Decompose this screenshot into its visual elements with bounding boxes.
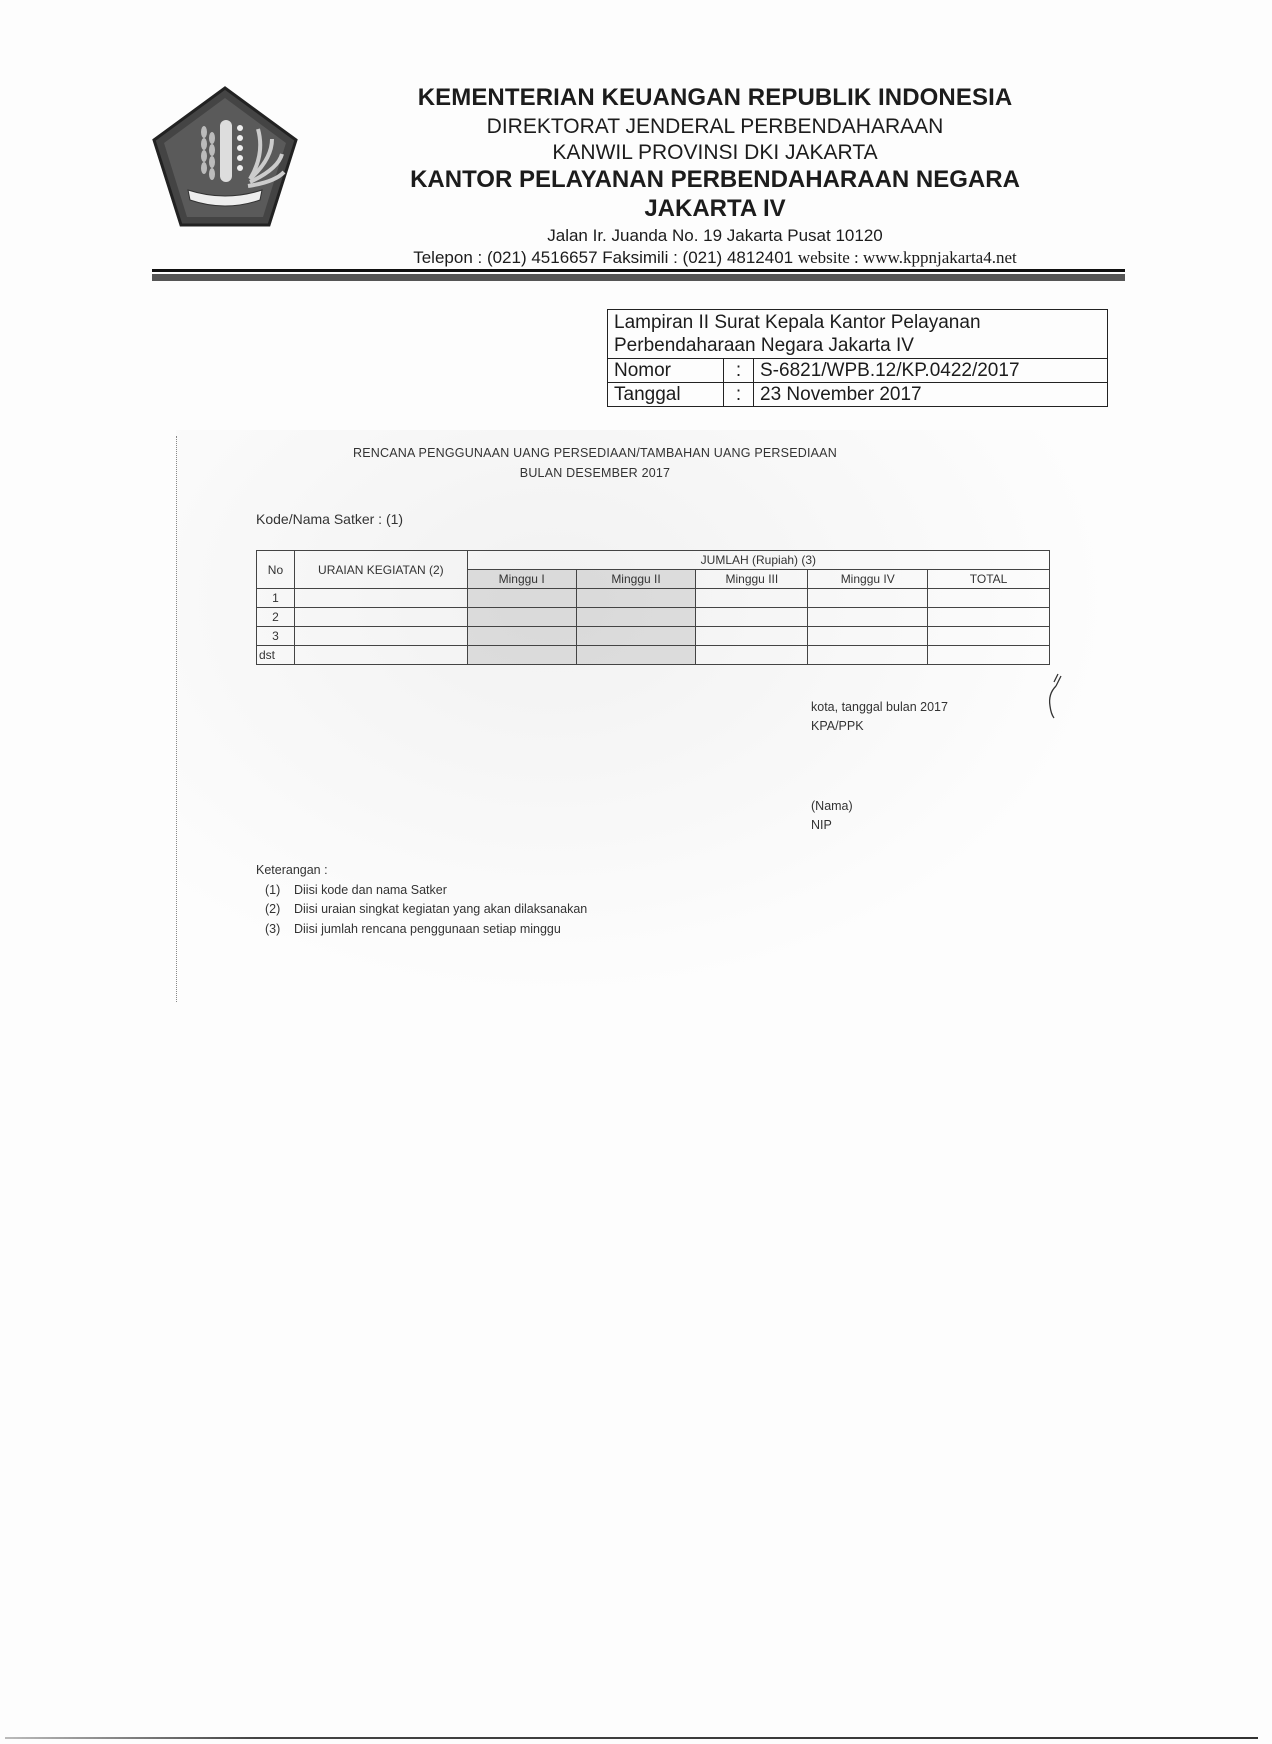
note-text: Diisi kode dan nama Satker bbox=[294, 883, 447, 897]
ministry-name: KEMENTERIAN KEUANGAN REPUBLIK INDONESIA bbox=[330, 86, 1100, 116]
lampiran-row-tanggal: Tanggal : 23 November 2017 bbox=[608, 383, 1108, 407]
signature-place-date: kota, tanggal bulan 2017 bbox=[811, 698, 948, 717]
page-bottom-edge bbox=[5, 1737, 1258, 1739]
note-text: Diisi jumlah rencana penggunaan setiap m… bbox=[294, 922, 561, 936]
office-address: Jalan Ir. Juanda No. 19 Jakarta Pusat 10… bbox=[330, 227, 1100, 249]
header-total: TOTAL bbox=[928, 570, 1050, 589]
cell-week-2 bbox=[576, 589, 696, 608]
letterhead-rule-thick bbox=[152, 274, 1125, 281]
phone-fax: Telepon : (021) 4516657 Faksimili : (021… bbox=[413, 248, 793, 267]
lampiran-value: S-6821/WPB.12/KP.0422/2017 bbox=[754, 359, 1108, 383]
header-week-2: Minggu II bbox=[576, 570, 696, 589]
cell-uraian bbox=[294, 589, 467, 608]
satker-label: Kode/Nama Satker : (1) bbox=[256, 511, 403, 527]
form-title-line2: BULAN DESEMBER 2017 bbox=[230, 466, 960, 486]
lampiran-row-nomor: Nomor : S-6821/WPB.12/KP.0422/2017 bbox=[608, 359, 1108, 383]
lampiran-label: Nomor bbox=[608, 359, 724, 383]
notes-heading: Keterangan : bbox=[256, 861, 587, 881]
header-week-4: Minggu IV bbox=[808, 570, 928, 589]
note-number: (2) bbox=[265, 900, 294, 920]
regional-office-name: KANWIL PROVINSI DKI JAKARTA bbox=[330, 142, 1100, 168]
header-no: No bbox=[257, 551, 295, 589]
cell-week-4 bbox=[808, 589, 928, 608]
cell-week-2 bbox=[576, 627, 696, 646]
cell-week-3 bbox=[696, 627, 808, 646]
cell-no: dst bbox=[257, 646, 295, 665]
cell-week-1 bbox=[467, 589, 576, 608]
signature-role: KPA/PPK bbox=[811, 717, 948, 736]
cell-week-3 bbox=[696, 646, 808, 665]
note-item: (2)Diisi uraian singkat kegiatan yang ak… bbox=[265, 900, 587, 920]
cell-week-1 bbox=[467, 646, 576, 665]
form-title-line1: RENCANA PENGGUNAAN UANG PERSEDIAAN/TAMBA… bbox=[230, 446, 960, 466]
cell-total bbox=[928, 646, 1050, 665]
cell-week-2 bbox=[576, 646, 696, 665]
header-jumlah: JUMLAH (Rupiah) (3) bbox=[467, 551, 1049, 570]
office-name-line2: JAKARTA IV bbox=[330, 197, 1100, 227]
directorate-name: DIREKTORAT JENDERAL PERBENDAHARAAN bbox=[330, 116, 1100, 142]
cell-no: 2 bbox=[257, 608, 295, 627]
cell-total bbox=[928, 608, 1050, 627]
cell-week-2 bbox=[576, 608, 696, 627]
lampiran-label: Tanggal bbox=[608, 383, 724, 407]
lampiran-separator: : bbox=[724, 359, 754, 383]
ministry-emblem-logo bbox=[150, 84, 300, 234]
cell-week-3 bbox=[696, 608, 808, 627]
note-text: Diisi uraian singkat kegiatan yang akan … bbox=[294, 902, 587, 916]
lampiran-value: 23 November 2017 bbox=[754, 383, 1108, 407]
lampiran-separator: : bbox=[724, 383, 754, 407]
table-row: 1 bbox=[257, 589, 1050, 608]
letterhead-rule-thin bbox=[152, 269, 1125, 272]
table-row: 2 bbox=[257, 608, 1050, 627]
cell-total bbox=[928, 627, 1050, 646]
signature-block: kota, tanggal bulan 2017 KPA/PPK (Nama) … bbox=[811, 698, 948, 835]
cell-total bbox=[928, 589, 1050, 608]
header-week-3: Minggu III bbox=[696, 570, 808, 589]
header-week-1: Minggu I bbox=[467, 570, 576, 589]
website-link: website : www.kppnjakarta4.net bbox=[798, 248, 1017, 267]
cell-no: 3 bbox=[257, 627, 295, 646]
plan-table: No URAIAN KEGIATAN (2) JUMLAH (Rupiah) (… bbox=[256, 550, 1050, 665]
lampiran-reference-box: Lampiran II Surat Kepala Kantor Pelayana… bbox=[607, 309, 1108, 407]
cell-week-4 bbox=[808, 627, 928, 646]
note-number: (3) bbox=[265, 920, 294, 940]
note-item: (3)Diisi jumlah rencana penggunaan setia… bbox=[265, 920, 587, 940]
cell-week-1 bbox=[467, 608, 576, 627]
form-title: RENCANA PENGGUNAAN UANG PERSEDIAAN/TAMBA… bbox=[230, 446, 960, 486]
cell-week-4 bbox=[808, 608, 928, 627]
office-contact: Telepon : (021) 4516657 Faksimili : (021… bbox=[330, 249, 1100, 266]
cell-uraian bbox=[294, 646, 467, 665]
signature-name: (Nama) bbox=[811, 797, 948, 816]
cell-uraian bbox=[294, 608, 467, 627]
cell-uraian bbox=[294, 627, 467, 646]
notes-section: Keterangan : (1)Diisi kode dan nama Satk… bbox=[256, 861, 587, 939]
cell-week-3 bbox=[696, 589, 808, 608]
letterhead: KEMENTERIAN KEUANGAN REPUBLIK INDONESIA … bbox=[330, 86, 1100, 266]
cell-week-4 bbox=[808, 646, 928, 665]
table-row: 3 bbox=[257, 627, 1050, 646]
cell-no: 1 bbox=[257, 589, 295, 608]
lampiran-title: Lampiran II Surat Kepala Kantor Pelayana… bbox=[608, 310, 1108, 359]
header-uraian: URAIAN KEGIATAN (2) bbox=[294, 551, 467, 589]
note-number: (1) bbox=[265, 881, 294, 901]
scan-edge-line bbox=[176, 436, 177, 1002]
table-row: dst bbox=[257, 646, 1050, 665]
office-name: KANTOR PELAYANAN PERBENDAHARAAN NEGARA bbox=[330, 168, 1100, 197]
pen-mark-icon bbox=[1040, 672, 1064, 722]
cell-week-1 bbox=[467, 627, 576, 646]
note-item: (1)Diisi kode dan nama Satker bbox=[265, 881, 587, 901]
signature-nip: NIP bbox=[811, 816, 948, 835]
